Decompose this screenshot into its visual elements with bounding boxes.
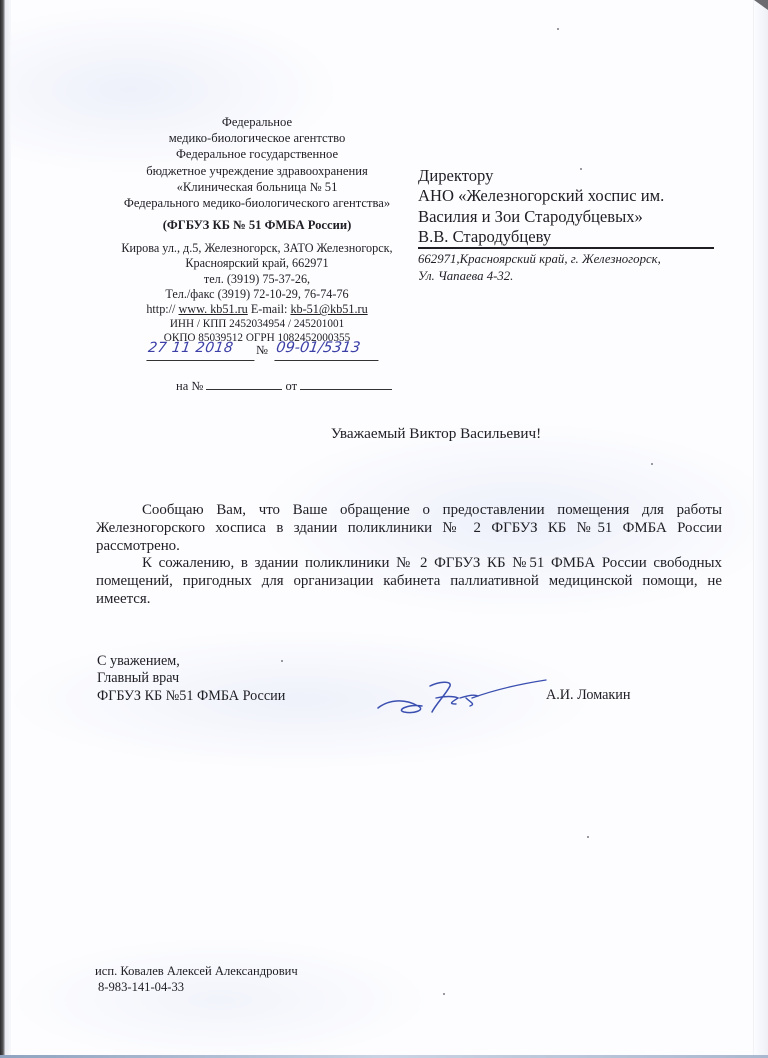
scan-speck bbox=[651, 463, 653, 465]
signature-icon bbox=[374, 672, 550, 720]
sender-header-line: Федеральное bbox=[98, 114, 416, 130]
closing-block: С уважением, Главный врач ФГБУЗ КБ №51 Ф… bbox=[97, 653, 285, 705]
closing-line: ФГБУЗ КБ №51 ФМБА России bbox=[97, 688, 285, 705]
letter-body: Сообщаю Вам, что Ваше обращение о предос… bbox=[96, 502, 722, 609]
handwritten-signature bbox=[374, 672, 550, 720]
sender-fax: Тел./факс (3919) 72-10-29, 76-74-76 bbox=[98, 287, 416, 302]
registration-number: 09-01/5313 bbox=[274, 338, 381, 361]
sender-contacts: Кирова ул., д.5, Железногорск, ЗАТО Желе… bbox=[98, 241, 416, 345]
recipient-line: АНО «Железногорский хоспис им. bbox=[418, 186, 718, 206]
letter-greeting: Уважаемый Виктор Васильевич! bbox=[0, 425, 768, 443]
registration-date: 27 11 2018 bbox=[146, 338, 257, 361]
executor-block: исп. Ковалев Алексей Александрович 8-983… bbox=[95, 964, 298, 995]
scan-speck bbox=[281, 660, 283, 662]
recipient-address-line: Ул. Чапаева 4-32. bbox=[418, 268, 718, 285]
recipient-line: Директору bbox=[418, 166, 718, 186]
folded-corner bbox=[754, 0, 768, 10]
email-prefix: E-mail: bbox=[251, 302, 288, 316]
scan-edge-right bbox=[753, 0, 768, 1058]
executor-name: исп. Ковалев Алексей Александрович bbox=[95, 964, 298, 980]
reply-date-blank bbox=[300, 378, 392, 390]
website-link[interactable]: www. kb51.ru bbox=[179, 302, 248, 316]
sender-letterhead: Федеральное медико-биологическое агентст… bbox=[98, 114, 416, 240]
sender-phone: тел. (3919) 75-37-26, bbox=[98, 272, 416, 287]
web-prefix: http:// bbox=[146, 302, 175, 316]
registration-line: 27 11 2018 № 09-01/5313 bbox=[148, 338, 388, 362]
sender-header-line: Федеральное государственное bbox=[98, 146, 416, 162]
closing-line: С уважением, bbox=[97, 653, 285, 670]
from-label: от bbox=[286, 379, 298, 393]
closing-line: Главный врач bbox=[97, 670, 285, 687]
number-sign: № bbox=[256, 343, 268, 358]
sender-header-line: Федерального медико-биологического агент… bbox=[98, 195, 416, 211]
sender-header-line: бюджетное учреждение здравоохранения bbox=[98, 163, 416, 179]
recipient-address-line: 662971,Красноярский край, г. Железногорс… bbox=[418, 251, 718, 268]
signer-name: А.И. Ломакин bbox=[546, 687, 630, 704]
reply-number-blank bbox=[206, 378, 282, 390]
recipient-line: Василия и Зои Стародубцевых» bbox=[418, 207, 718, 227]
reply-to-label: на № bbox=[176, 379, 203, 393]
sender-address-line: Красноярский край, 662971 bbox=[98, 256, 416, 271]
recipient-divider bbox=[418, 247, 714, 249]
executor-phone: 8-983-141-04-33 bbox=[95, 980, 298, 996]
scan-edge-left-shadow bbox=[5, 0, 11, 1058]
scan-speck bbox=[580, 168, 582, 170]
email-link[interactable]: kb-51@kb51.ru bbox=[290, 302, 367, 316]
sender-address-line: Кирова ул., д.5, Железногорск, ЗАТО Желе… bbox=[98, 241, 416, 256]
sender-inn-kpp: ИНН / КПП 2452034954 / 245201001 bbox=[98, 317, 416, 331]
scan-speck bbox=[557, 28, 559, 30]
body-paragraph: Сообщаю Вам, что Ваше обращение о предос… bbox=[96, 502, 722, 555]
scan-speck bbox=[587, 836, 589, 838]
sender-header-line: медико-биологическое агентство bbox=[98, 130, 416, 146]
recipient-line: В.В. Стародубцеву bbox=[418, 227, 718, 247]
recipient-address: 662971,Красноярский край, г. Железногорс… bbox=[418, 251, 718, 285]
reply-reference-line: на № от bbox=[176, 378, 392, 394]
scan-speck bbox=[443, 993, 445, 995]
sender-short-name: (ФГБУЗ КБ № 51 ФМБА России) bbox=[98, 217, 416, 233]
sender-header-line: «Клиническая больница № 51 bbox=[98, 179, 416, 195]
sender-web-email: http:// www. kb51.ru E-mail: kb-51@kb51.… bbox=[98, 302, 416, 317]
body-paragraph: К сожалению, в здании поликлиники № 2 ФГ… bbox=[96, 555, 722, 608]
recipient-block: Директору АНО «Железногорский хоспис им.… bbox=[418, 166, 718, 247]
